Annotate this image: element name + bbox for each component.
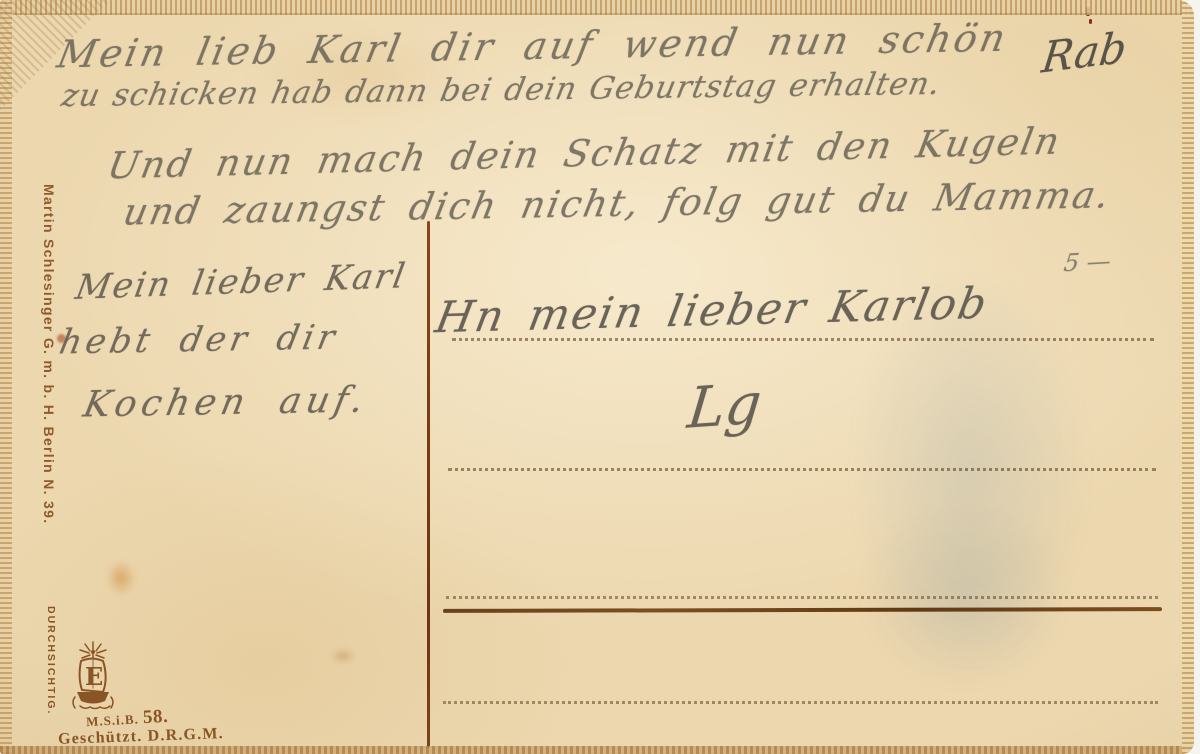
red-speck (1089, 19, 1092, 24)
handwriting-address-note: Lg (685, 371, 765, 442)
publisher-spine-text: Martin Schlesinger G. m. b. H. Berlin N.… (41, 184, 57, 524)
address-rule-3 (446, 596, 1158, 599)
postcard-back: Mein lieb Karl dir auf wend nun schön Ra… (0, 0, 1194, 754)
transparency-mark: DURCHSICHTIG. (45, 606, 57, 715)
message-address-divider-line (427, 221, 430, 748)
scan-vignette (0, 0, 1194, 754)
handwriting-left-line-2: hebt der dir (56, 318, 342, 363)
blue-gray-smudge (860, 500, 1070, 690)
address-rule-2 (448, 468, 1156, 471)
deckle-edge-bottom (0, 746, 1194, 754)
logo-sail-letter: E (85, 662, 103, 691)
brown-smudge (330, 648, 356, 664)
publisher-ship-logo-icon: E (70, 640, 116, 712)
handwriting-side-note: 5 — (1062, 247, 1112, 278)
deckle-edge-left (0, 0, 12, 754)
handwriting-address-line: Hn mein lieber Karlob (431, 279, 992, 344)
red-speck (1086, 7, 1090, 16)
rust-spot (106, 560, 136, 596)
address-rule-4 (443, 701, 1158, 704)
handwriting-corner-word: Rab (1039, 22, 1129, 82)
deckle-edge-right (1182, 0, 1194, 754)
protection-mark: Geschützt. D.R.G.M. (58, 725, 224, 749)
postcard-scan: Mein lieb Karl dir auf wend nun schön Ra… (0, 0, 1200, 754)
handwriting-left-line-1: Mein lieber Karl (73, 256, 410, 308)
series-number: 58. (142, 706, 168, 728)
heavy-underline (443, 607, 1162, 613)
deckle-edge-top (0, 0, 1194, 15)
handwriting-left-line-3: Kochen auf. (80, 379, 372, 425)
series-prefix: M.S.i.B. (86, 711, 140, 729)
